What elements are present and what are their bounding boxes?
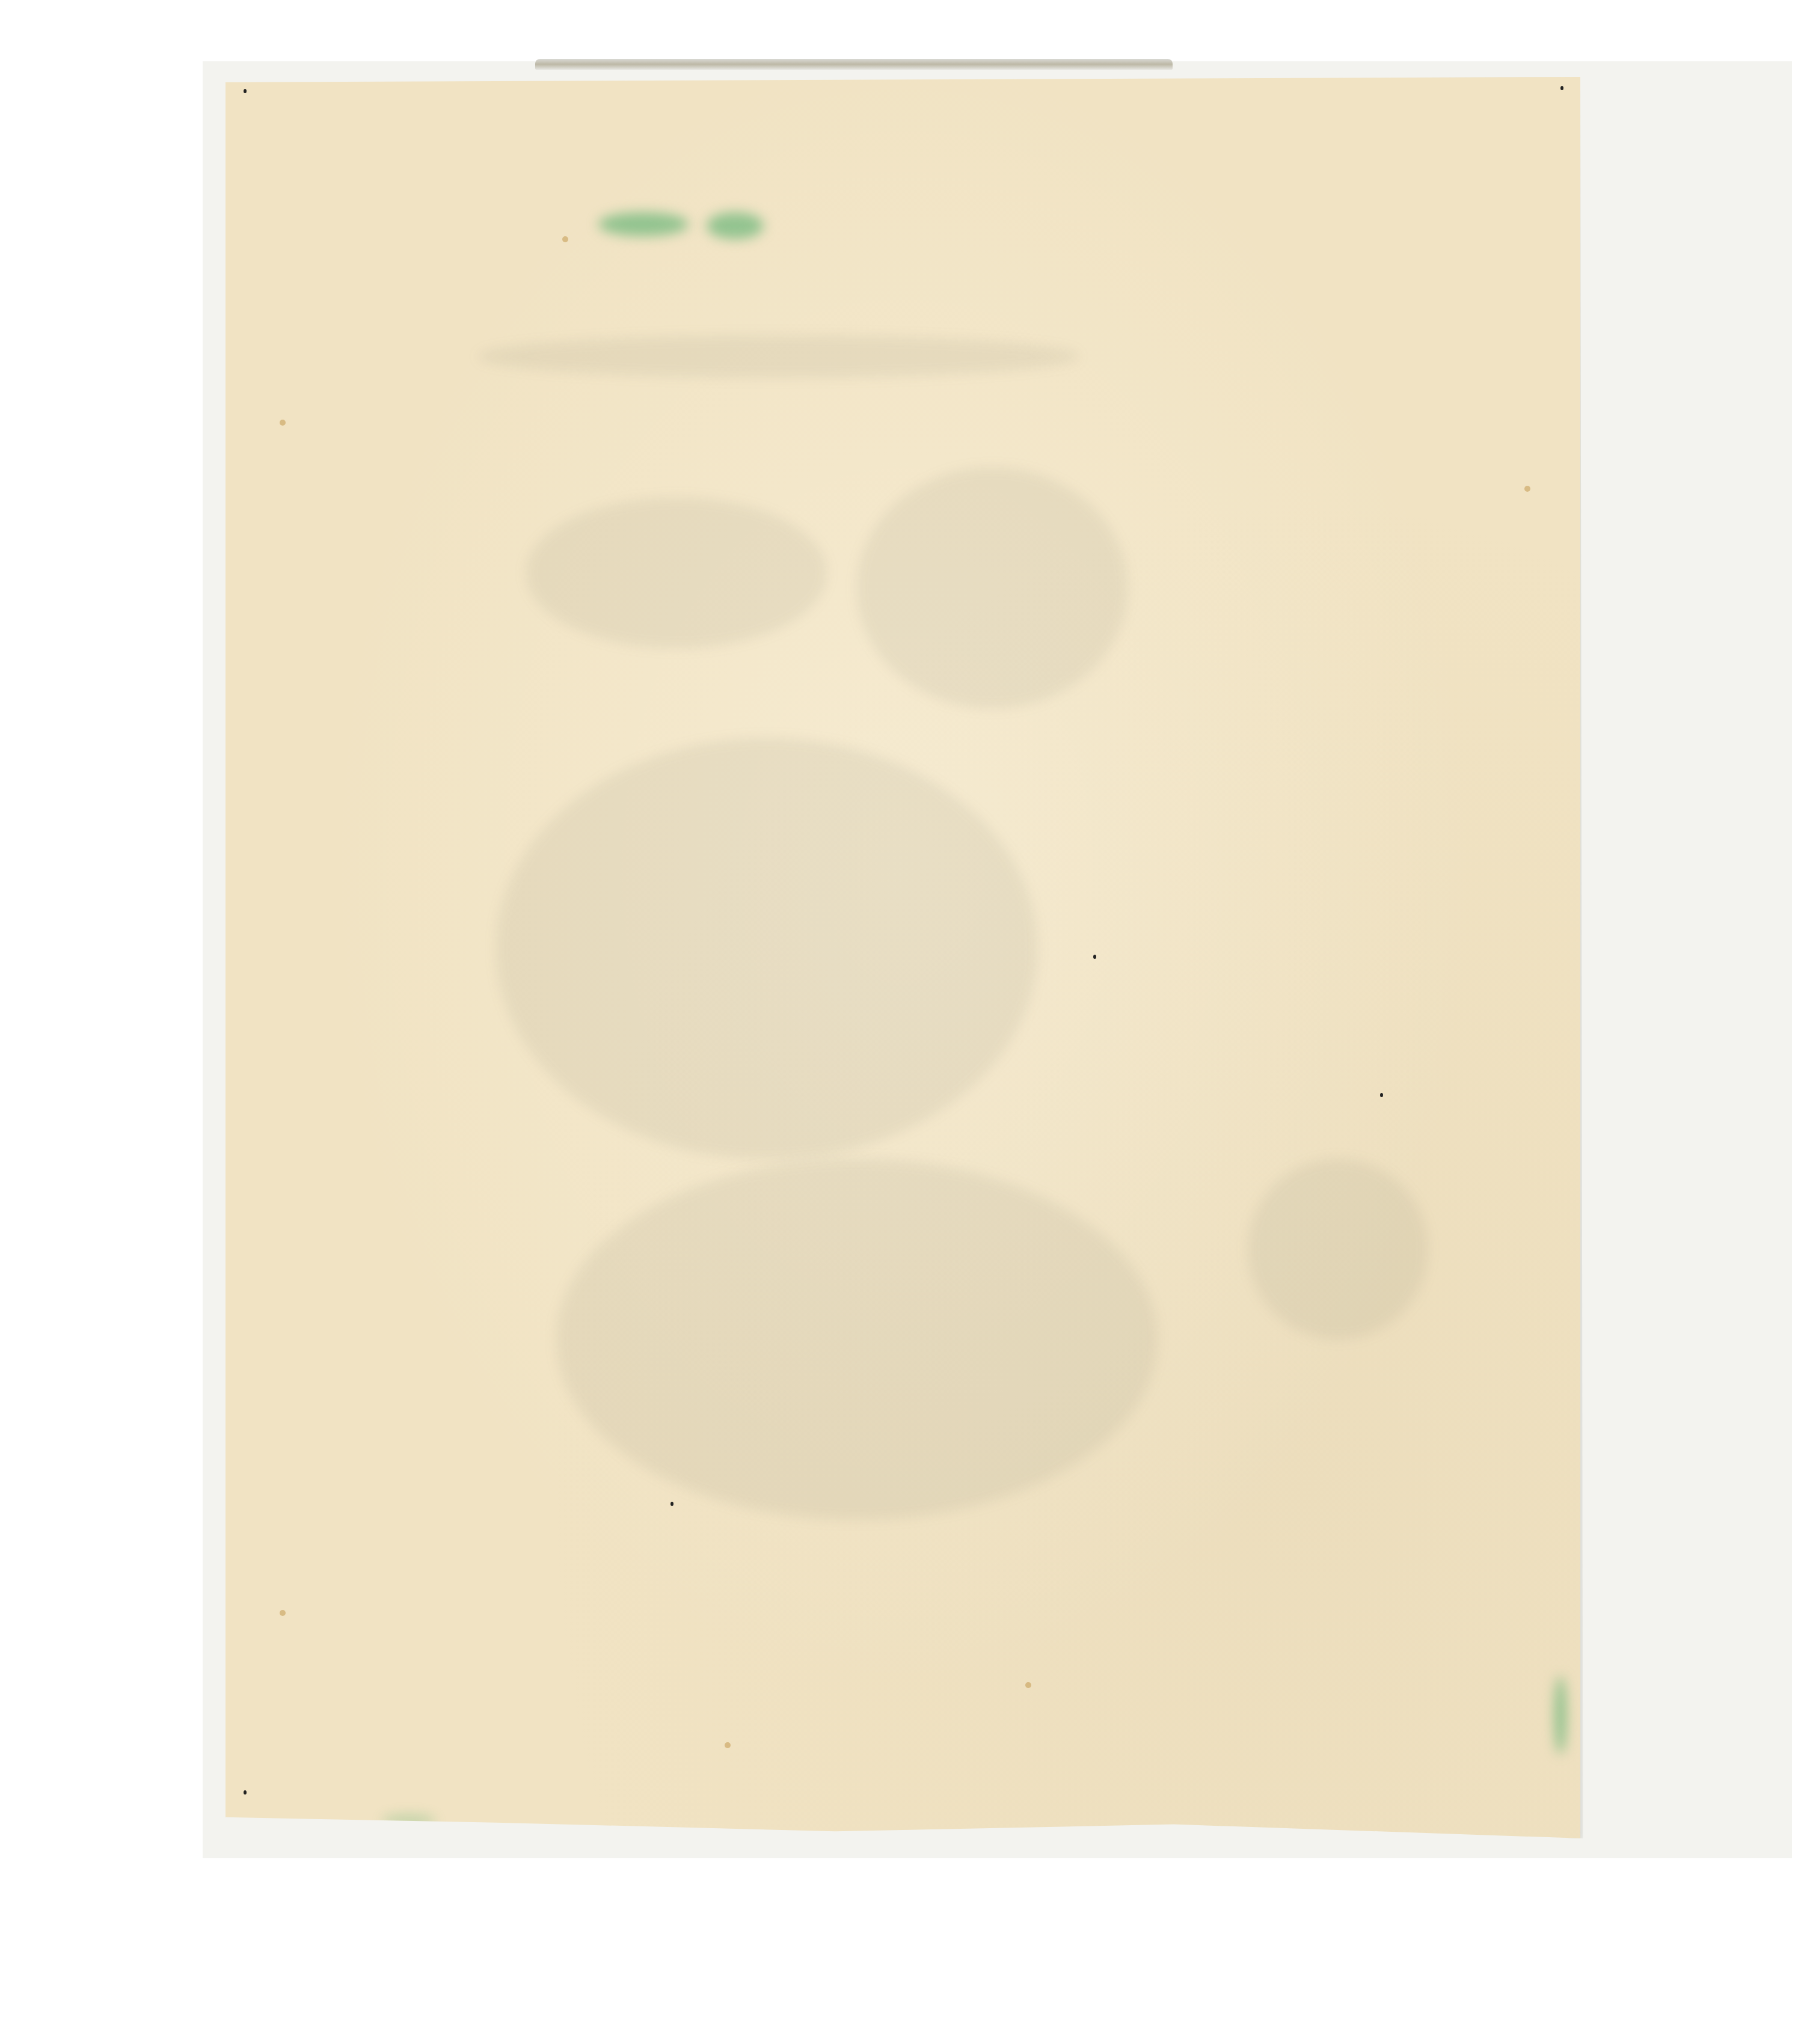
foxing-spot xyxy=(280,1610,286,1616)
foxing-spot xyxy=(725,1742,731,1748)
paper-sheet xyxy=(226,77,1580,1838)
green-smudge xyxy=(598,212,689,236)
ink-speck xyxy=(670,1502,673,1506)
foxing-spot xyxy=(1025,1682,1031,1688)
ink-speck xyxy=(1380,1093,1383,1097)
green-smudge xyxy=(1554,1676,1566,1754)
graphite-showthrough xyxy=(478,335,1079,378)
graphite-showthrough xyxy=(556,1159,1158,1520)
pin-hole xyxy=(244,1790,247,1795)
hinge-tab xyxy=(535,59,1173,70)
green-smudge xyxy=(707,212,764,239)
ink-speck xyxy=(1093,955,1096,959)
graphite-showthrough xyxy=(857,468,1127,708)
pin-hole xyxy=(244,89,247,93)
foxing-spot xyxy=(1524,486,1530,492)
foxing-spot xyxy=(562,236,568,242)
pin-hole xyxy=(1560,86,1563,90)
graphite-showthrough xyxy=(1248,1159,1428,1339)
graphite-showthrough xyxy=(496,738,1037,1159)
foxing-spot xyxy=(280,420,286,426)
graphite-showthrough xyxy=(526,498,827,648)
